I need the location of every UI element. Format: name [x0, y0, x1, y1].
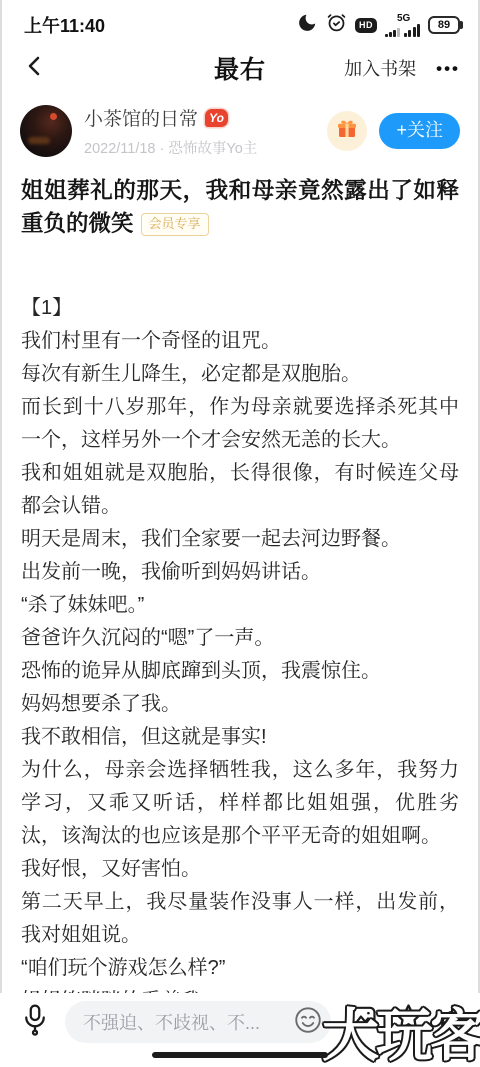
article-paragraph: “杀了妹妹吧。”	[21, 589, 459, 622]
article-paragraph: 第二天早上，我尽量装作没事人一样，出发前，我对姐姐说。	[21, 886, 459, 952]
avatar[interactable]	[20, 105, 72, 157]
gift-icon	[335, 117, 359, 146]
comment-input[interactable]: 不强迫、不歧视、不...	[65, 1001, 331, 1043]
author-meta: 2022/11/18 · 恐怖故事Yo主	[84, 137, 327, 158]
network-label: 5G	[397, 14, 410, 24]
article-paragraph: 我好恨，又好害怕。	[21, 853, 459, 886]
article: 姐姐葬礼的那天，我和母亲竟然露出了如释重负的微笑会员专享 【1】我们村里有一个奇…	[0, 174, 480, 1051]
article-title: 姐姐葬礼的那天，我和母亲竟然露出了如释重负的微笑会员专享	[21, 174, 459, 240]
article-paragraph: 【1】	[21, 292, 459, 325]
more-menu-button[interactable]: •••	[436, 60, 460, 77]
article-paragraph: 而长到十八岁那年，作为母亲就要选择杀死其中一个，这样另外一个才会安然无恙的长大。	[21, 391, 459, 457]
article-paragraph: 爸爸许久沉闷的“嗯”了一声。	[21, 622, 459, 655]
article-paragraph: 明天是周末，我们全家要一起去河边野餐。	[21, 523, 459, 556]
status-bar: 上午11:40 HD 5G 89	[0, 0, 480, 42]
microphone-icon	[20, 1003, 50, 1042]
gift-button[interactable]	[327, 111, 367, 151]
article-body: 【1】我们村里有一个奇怪的诅咒。每次有新生儿降生，必定都是双胞胎。而长到十八岁那…	[21, 292, 459, 1051]
add-to-bookshelf-button[interactable]: 加入书架	[344, 55, 416, 81]
status-time: 上午11:40	[24, 12, 105, 38]
emoji-button[interactable]	[292, 1006, 324, 1038]
article-paragraph: 为什么，母亲会选择牺牲我，这么多年，我努力学习，又乖又听话，样样都比姐姐强，优胜…	[21, 754, 459, 853]
smiley-icon	[293, 1005, 323, 1040]
article-paragraph: 我不敢相信，但这就是事实!	[21, 721, 459, 754]
chevron-left-icon	[23, 54, 47, 83]
article-paragraph: 出发前一晚，我偷听到妈妈讲话。	[21, 556, 459, 589]
article-paragraph: 我们村里有一个奇怪的诅咒。	[21, 325, 459, 358]
moon-icon	[297, 12, 318, 38]
author-name[interactable]: 小茶馆的日常	[84, 104, 198, 131]
member-exclusive-badge: 会员专享	[141, 213, 209, 236]
voice-input-button[interactable]	[20, 1001, 50, 1043]
battery-icon: 89	[428, 16, 460, 34]
article-paragraph: 我和姐姐就是双胞胎，长得很像，有时候连父母都会认错。	[21, 457, 459, 523]
page-title: 最右	[214, 50, 266, 86]
back-button[interactable]	[20, 53, 50, 83]
follow-button[interactable]: +关注	[379, 113, 460, 149]
comment-placeholder: 不强迫、不歧视、不...	[83, 1009, 292, 1035]
hd-icon: HD	[355, 18, 377, 33]
alarm-icon	[326, 12, 347, 38]
signal-icon: 5G	[385, 14, 420, 37]
nav-bar: 最右 加入书架 •••	[0, 42, 480, 94]
battery-level: 89	[438, 19, 450, 31]
article-title-text: 姐姐葬礼的那天，我和母亲竟然露出了如释重负的微笑	[21, 178, 459, 236]
article-paragraph: 恐怖的诡异从脚底蹿到头顶，我震惊住。	[21, 655, 459, 688]
article-paragraph: 妈妈想要杀了我。	[21, 688, 459, 721]
yo-badge: Yo	[205, 109, 228, 127]
article-paragraph: 每次有新生儿降生，必定都是双胞胎。	[21, 358, 459, 391]
article-paragraph: “咱们玩个游戏怎么样?”	[21, 952, 459, 985]
watermark: 大玩客	[322, 1008, 480, 1065]
status-icons: HD 5G 89	[297, 12, 460, 38]
author-row: 小茶馆的日常 Yo 2022/11/18 · 恐怖故事Yo主 +关注	[0, 94, 480, 158]
home-indicator[interactable]	[152, 1052, 328, 1058]
app-screen: 上午11:40 HD 5G 89	[0, 0, 480, 1067]
